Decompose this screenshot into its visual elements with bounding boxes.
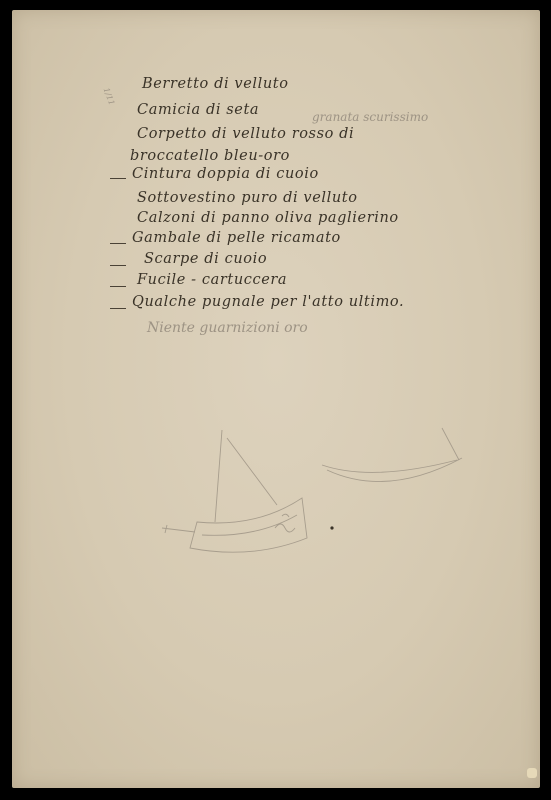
list-item: Fucile - cartuccera	[137, 272, 287, 288]
pencil-annotation: granata scurissimo	[312, 110, 428, 124]
dash-mark	[110, 243, 126, 244]
manuscript-page: 1/11 Berretto di velluto Camicia di seta…	[12, 10, 540, 788]
list-item: Qualche pugnale per l'atto ultimo.	[132, 294, 404, 310]
dagger-sketch	[157, 410, 477, 580]
list-item: Berretto di velluto	[142, 76, 289, 92]
list-item: Gambale di pelle ricamato	[132, 230, 341, 246]
margin-note: 1/11	[102, 87, 117, 107]
dash-mark	[110, 286, 126, 287]
list-item: Camicia di seta	[137, 102, 259, 118]
dash-mark	[110, 308, 126, 309]
list-item: Calzoni di panno oliva paglierino	[137, 210, 399, 226]
dash-mark	[110, 265, 126, 266]
list-item: broccatello bleu-oro	[130, 148, 290, 164]
pencil-footer-note: Niente guarnizioni oro	[147, 320, 308, 336]
list-item: Scarpe di cuoio	[144, 251, 267, 267]
list-item: Sottovestino puro di velluto	[137, 190, 358, 206]
list-item: Cintura doppia di cuoio	[132, 166, 319, 182]
list-item: Corpetto di velluto rosso di	[137, 126, 354, 142]
dash-mark	[110, 178, 126, 179]
paper-corner-tab	[527, 768, 537, 778]
